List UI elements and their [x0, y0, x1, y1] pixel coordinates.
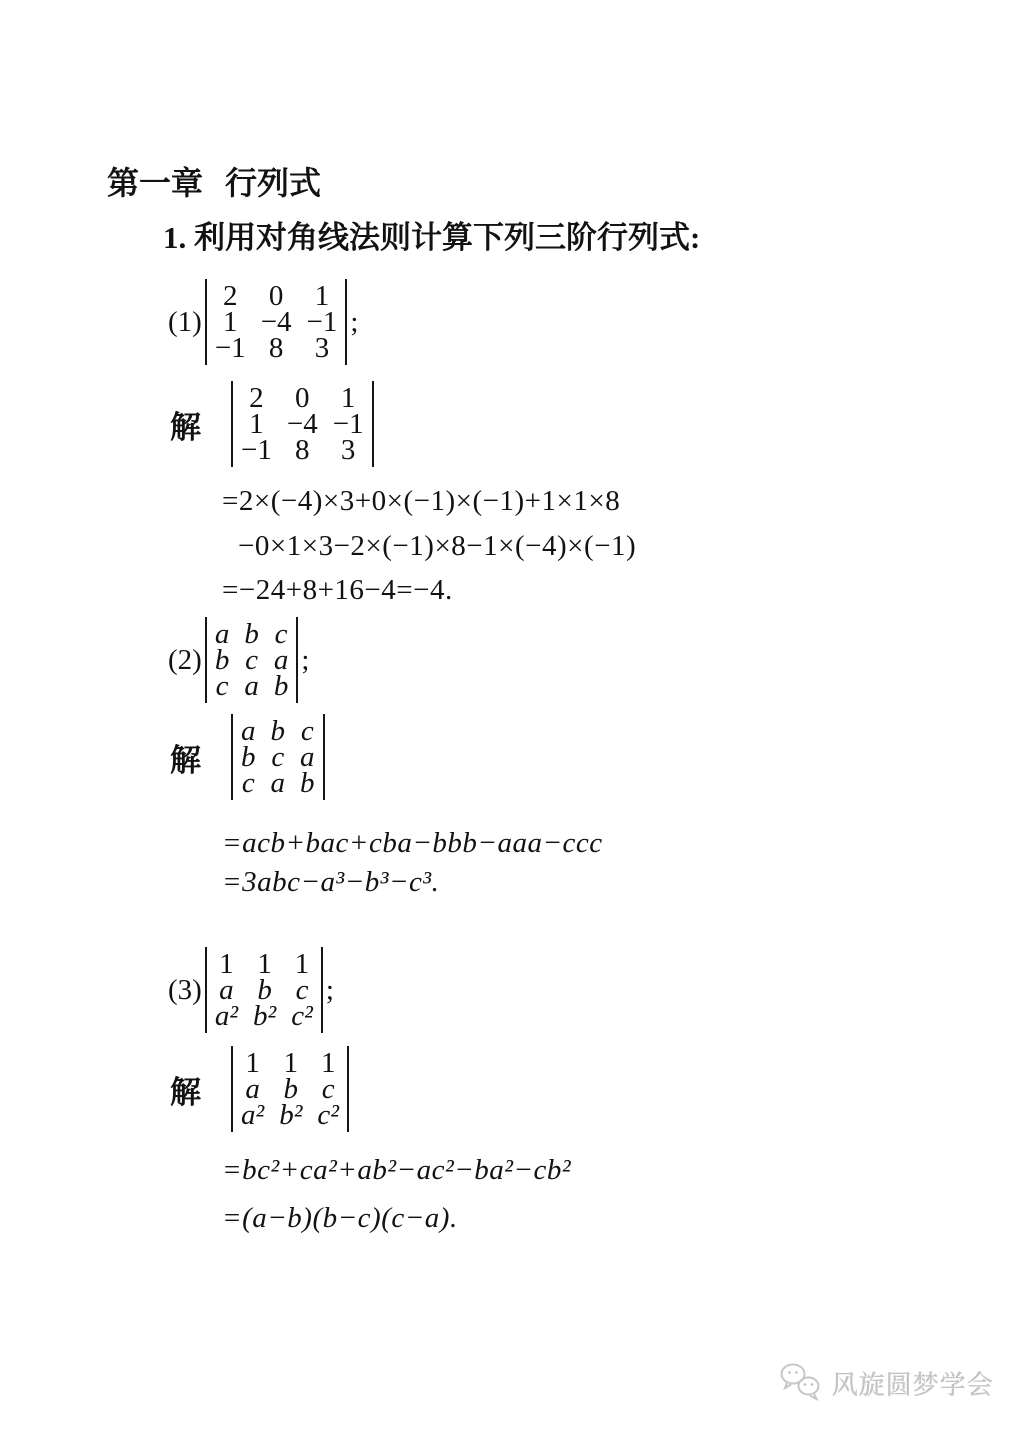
- matrix-cell: c: [216, 673, 229, 699]
- matrix-cell: a: [271, 770, 286, 796]
- watermark-text: 风旋圆梦学会: [832, 1365, 994, 1402]
- matrix-cell: b²: [279, 1102, 302, 1128]
- step-line: −0×1×3−2×(−1)×8−1×(−4)×(−1): [238, 528, 636, 564]
- part-2-determinant: abcbcacab: [205, 617, 299, 703]
- document-page: 第一章行列式 1. 利用对角线法则计算下列三阶行列式: (1) 2011−4−1…: [0, 0, 1011, 1431]
- matrix-cell: a²: [241, 1102, 264, 1128]
- part-2-matrix: abcbcacab: [215, 621, 289, 699]
- chapter-title: 行列式: [225, 165, 321, 201]
- matrix-cell: c²: [291, 1003, 313, 1029]
- chapter-number: 第一章: [107, 165, 203, 201]
- part-3-determinant: 111abca²b²c²: [205, 947, 323, 1033]
- part-1-solution: 解 2011−4−1−183: [170, 381, 374, 467]
- part-2-solution-matrix: abcbcacab: [241, 718, 315, 796]
- part-3-label: (3): [168, 974, 202, 1007]
- matrix-cell: 8: [269, 335, 284, 361]
- part-2-solution-determinant: abcbcacab: [231, 714, 325, 800]
- matrix-cell: b: [300, 770, 315, 796]
- wechat-icon: [779, 1362, 823, 1404]
- chapter-heading: 第一章行列式: [107, 164, 321, 202]
- solve-label: 解: [170, 1067, 201, 1112]
- part-3-solution-matrix: 111abca²b²c²: [241, 1050, 339, 1128]
- part-3-solution: 解 111abca²b²c²: [170, 1046, 349, 1132]
- matrix-cell: c²: [317, 1102, 339, 1128]
- part-1-punctuation: ;: [350, 306, 358, 339]
- matrix-cell: b²: [253, 1003, 276, 1029]
- part-1-matrix: 2011−4−1−183: [215, 283, 338, 361]
- matrix-cell: b: [274, 673, 289, 699]
- step-line: =−24+8+16−4=−4.: [222, 572, 453, 608]
- part-2-solution: 解 abcbcacab: [170, 714, 325, 800]
- part-1-solution-determinant: 2011−4−1−183: [231, 381, 374, 467]
- matrix-cell: c: [242, 770, 255, 796]
- step-line: =bc²+ca²+ab²−ac²−ba²−cb²: [222, 1152, 571, 1188]
- part-3-solution-determinant: 111abca²b²c²: [231, 1046, 349, 1132]
- matrix-cell: a: [244, 673, 259, 699]
- step-line: =acb+bac+cba−bbb−aaa−ccc: [222, 825, 603, 861]
- matrix-cell: −1: [215, 335, 246, 361]
- part-1-solution-matrix: 2011−4−1−183: [241, 385, 364, 463]
- part-2-label: (2): [168, 644, 202, 677]
- part-3-punctuation: ;: [326, 974, 334, 1007]
- matrix-cell: 8: [295, 437, 310, 463]
- solve-label: 解: [170, 735, 201, 780]
- step-line: =(a−b)(b−c)(c−a).: [222, 1200, 458, 1236]
- matrix-cell: −1: [241, 437, 272, 463]
- part-1-statement: (1) 2011−4−1−183 ;: [168, 279, 358, 365]
- part-1-determinant: 2011−4−1−183: [205, 279, 348, 365]
- matrix-cell: 3: [315, 335, 330, 361]
- part-2-punctuation: ;: [301, 644, 309, 677]
- matrix-cell: 3: [341, 437, 356, 463]
- part-3-matrix: 111abca²b²c²: [215, 951, 313, 1029]
- problem-heading: 1. 利用对角线法则计算下列三阶行列式:: [163, 219, 700, 256]
- matrix-cell: a²: [215, 1003, 238, 1029]
- part-2-statement: (2) abcbcacab ;: [168, 617, 309, 703]
- step-line: =3abc−a³−b³−c³.: [222, 864, 439, 900]
- step-line: =2×(−4)×3+0×(−1)×(−1)+1×1×8: [222, 483, 620, 519]
- solve-label: 解: [170, 402, 201, 447]
- part-3-statement: (3) 111abca²b²c² ;: [168, 947, 334, 1033]
- watermark: 风旋圆梦学会: [779, 1362, 994, 1404]
- part-1-label: (1): [168, 306, 202, 339]
